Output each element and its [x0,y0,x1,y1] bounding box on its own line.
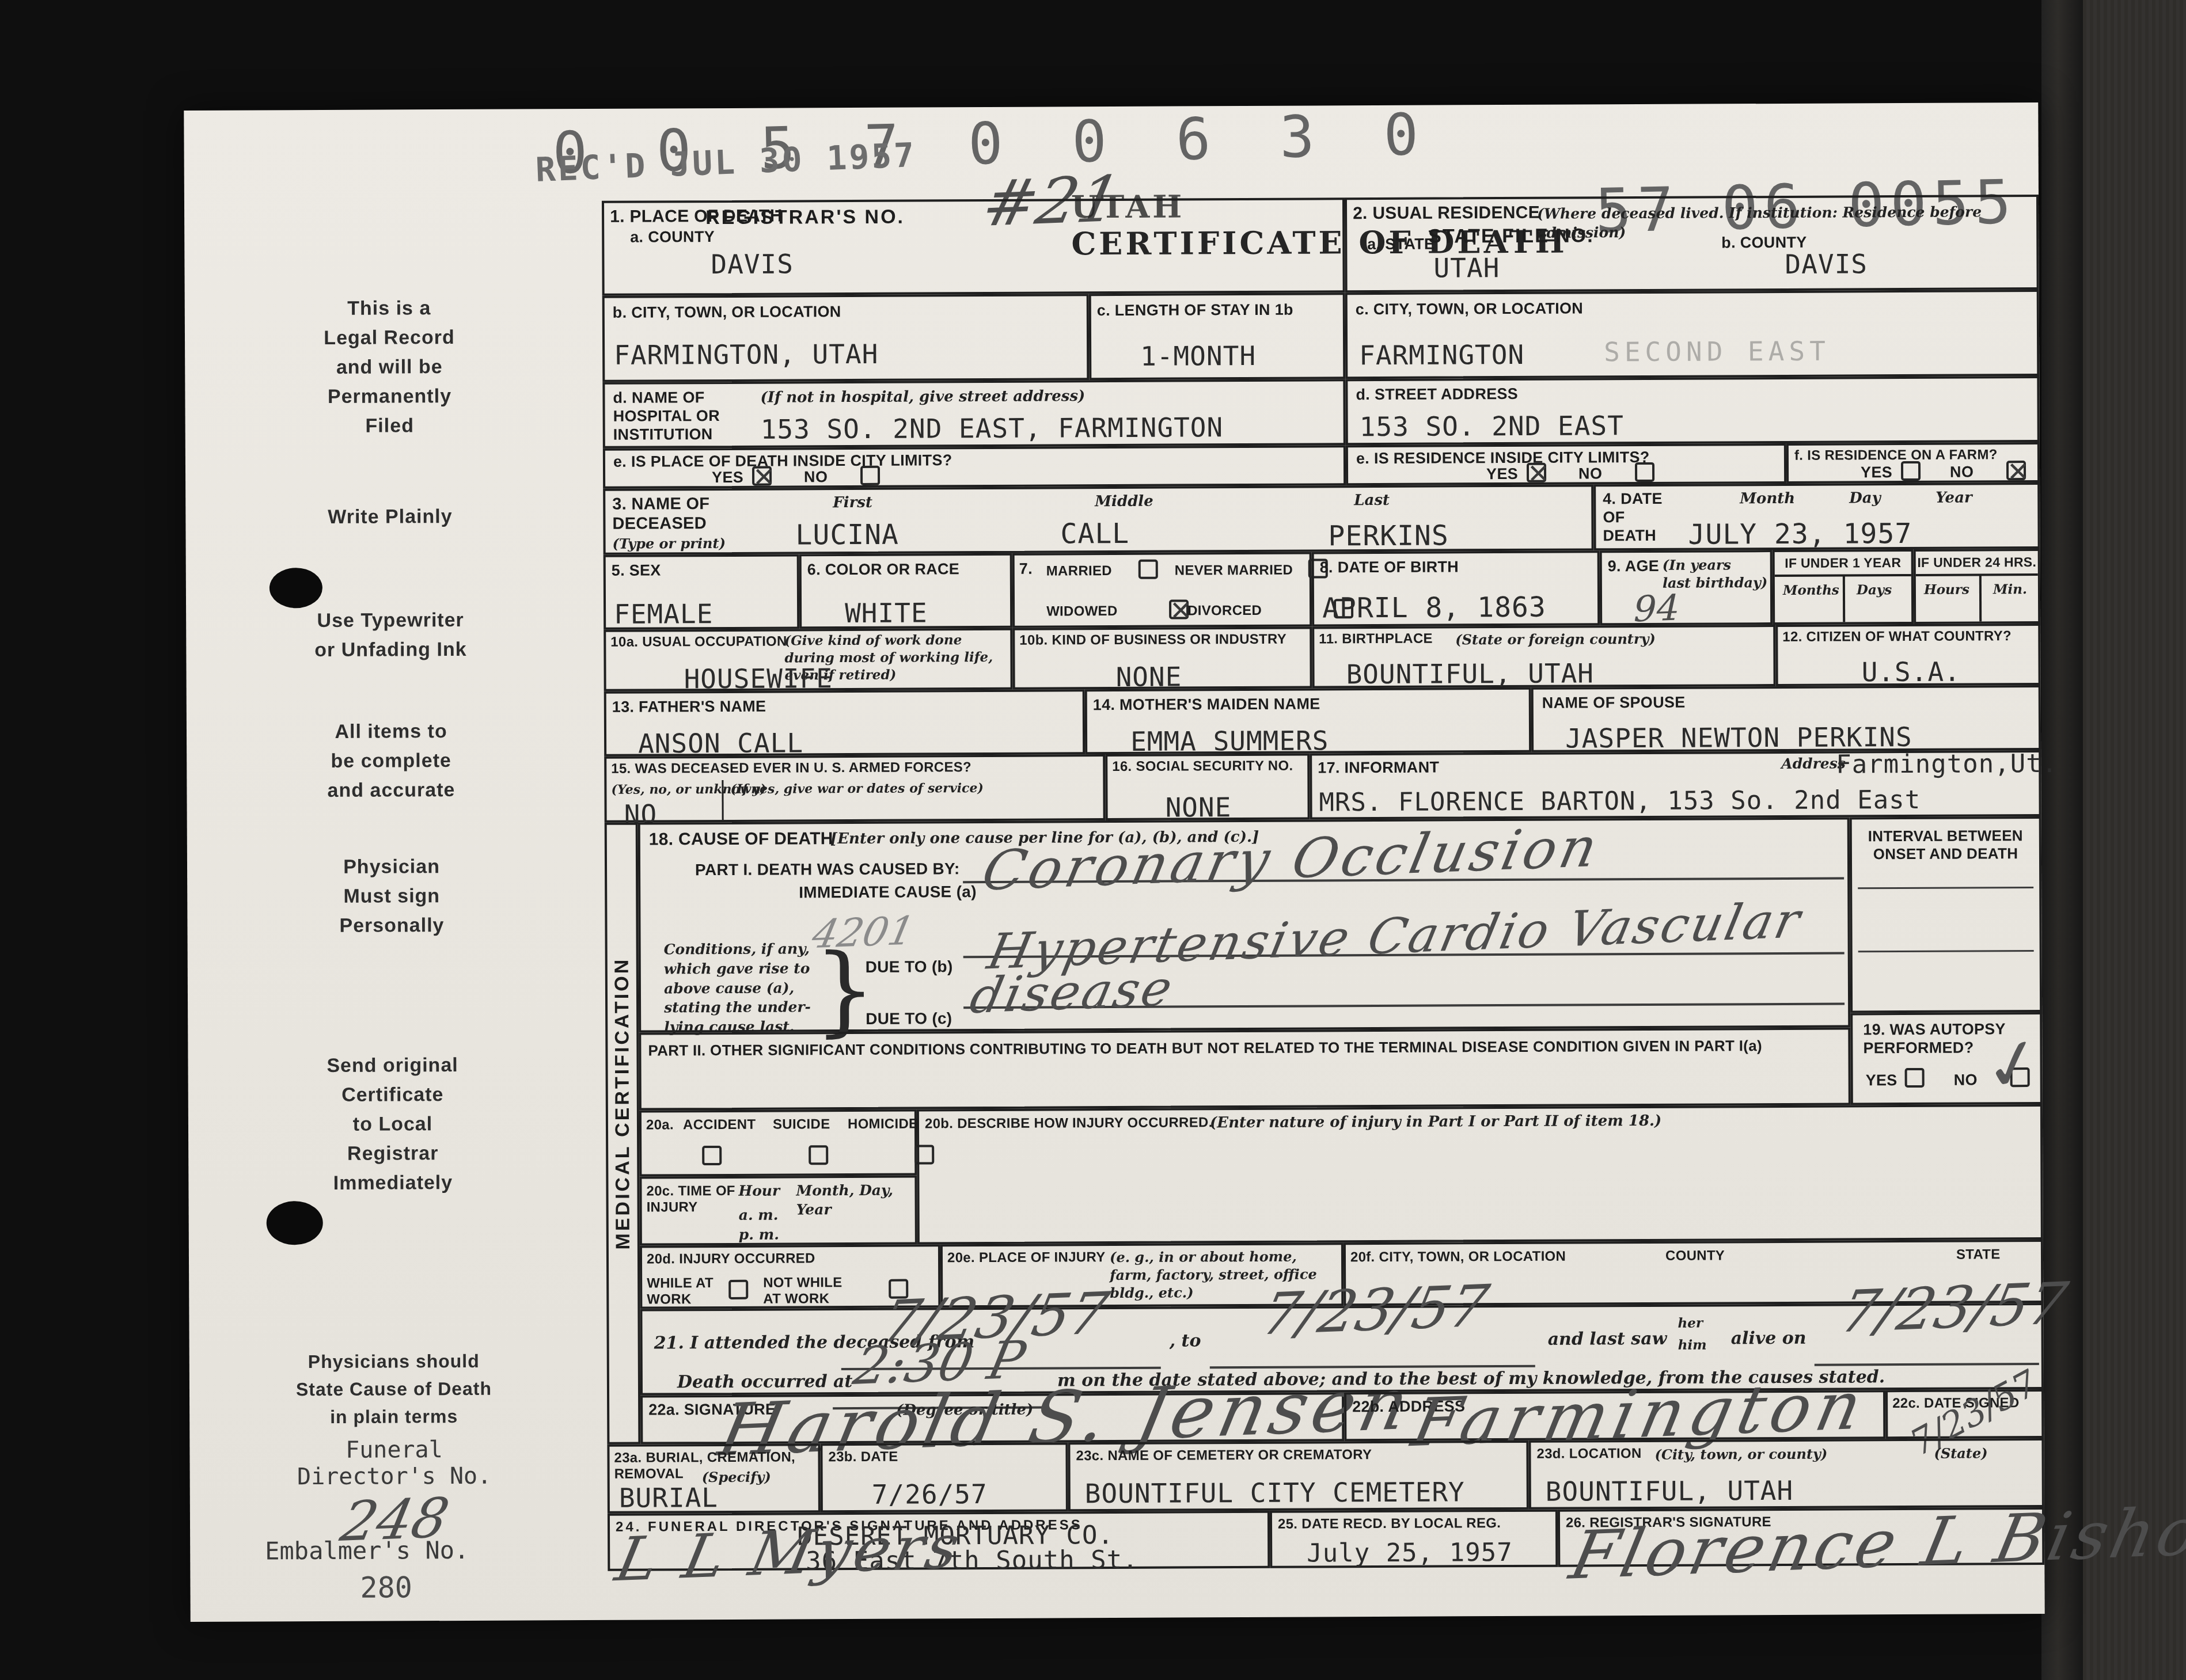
field-label: 20c. TIME OF INJURY [646,1183,735,1216]
middle-label: Middle [1095,492,1153,512]
field-death-city: b. CITY, TOWN, OR LOCATION FARMINGTON, U… [602,294,1090,382]
field-label: d. STREET ADDRESS [1356,385,1518,404]
state-hint: (State) [1934,1444,1987,1462]
field-certifier-address: 22b. ADDRESS Farmington [1344,1390,1885,1441]
field-residence-farm: f. IS RESIDENCE ON A FARM? YES NO [1786,442,2040,484]
yes-checkbox [752,466,772,486]
month-day-year-label: Month, Day, Year [796,1181,914,1219]
field-label: f. IS RESIDENCE ON A FARM? [1794,447,1998,464]
embalmer-no-label: Embalmer's No. [265,1536,469,1565]
am-label: a. m. [739,1206,779,1225]
homicide-label: HOMICIDE [848,1116,919,1132]
field-sex: 5. SEX FEMALE [604,554,800,629]
funeral-director-signature: L L Myers [610,1511,969,1595]
hour-label: Hour [738,1182,780,1201]
no-label: NO [1950,463,1974,481]
field-date-of-death: 4. DATE OF DEATH Month Day Year JULY 23,… [1593,482,2040,550]
ssn-value: NONE [1165,792,1231,823]
county-label: COUNTY [1665,1248,1725,1264]
day-label: Day [1849,489,1881,508]
field-label: 5. SEX [612,561,661,580]
field-social-security: 16. SOCIAL SECURITY NO. NONE [1105,754,1310,821]
field-death-city-limits: e. IS PLACE OF DEATH INSIDE CITY LIMITS?… [603,445,1346,489]
war-hint: (If yes, give war or dates of service) [730,780,984,798]
field-registrar-signature: 26. REGISTRAR'S SIGNATURE Florence L Bis… [1558,1507,2044,1567]
field-length-of-stay: c. LENGTH OF STAY IN 1b 1-MONTH [1089,292,1346,380]
sex-value: FEMALE [614,598,713,630]
him-label: him [1678,1337,1707,1354]
field-label: 23c. NAME OF CEMETERY OR CREMATORY [1076,1447,1372,1465]
cause-c-value: disease [965,960,1179,1025]
margin-note-write-plainly: Write Plainly [217,501,563,533]
married-checkbox [1138,560,1158,579]
field-hint: (Enter nature of injury in Part I or Par… [1210,1112,1661,1133]
conditions-brace [814,933,876,1047]
field-marital-status: 7. MARRIED NEVER MARRIED WIDOWED DIVORCE… [1012,552,1312,628]
interval-line [1858,950,2034,952]
min-label: Min. [1993,581,2027,598]
field-hospital: d. NAME OF HOSPITAL OR INSTITUTION (If n… [602,379,1345,448]
medical-certification-band: MEDICAL CERTIFICATION [605,823,641,1445]
widowed-label: WIDOWED [1046,603,1118,620]
field-time-of-injury: 20c. TIME OF INJURY Hour a. m. p. m. Mon… [639,1176,917,1246]
age-value: 94 [1629,586,1684,630]
field-hint: (If not in hospital, give street address… [760,387,1085,408]
pm-label: p. m. [739,1226,779,1245]
stay-value: 1-MONTH [1140,340,1256,372]
field-father-name: 13. FATHER'S NAME ANSON CALL [604,689,1085,757]
field-burial-date: 23b. DATE 7/26/57 [820,1442,1068,1512]
divorced-label: DIVORCED [1187,603,1262,619]
accident-checkbox [702,1146,722,1165]
field-hint: (State or foreign country) [1455,630,1656,649]
field-business-industry: 10b. KIND OF BUSINESS OR INDUSTRY NONE [1012,626,1312,689]
margin-note-plain-terms: Physicians should State Cause of Death i… [204,1347,585,1431]
burial-date-value: 7/26/57 [872,1478,988,1510]
punch-hole [270,568,322,608]
field-label: 17. INFORMANT [1318,759,1439,778]
field-mother-maiden-name: 14. MOTHER'S MAIDEN NAME EMMA SUMMERS [1085,687,1531,754]
cemetery-location-value: BOUNTIFUL, UTAH [1546,1475,1794,1507]
birth-value: APRIL 8, 1863 [1322,591,1546,625]
accident-label: ACCIDENT [683,1117,756,1134]
while-at-work-checkbox [728,1280,748,1299]
street-value: 153 SO. 2ND EAST [1360,410,1624,442]
field-label: 20e. PLACE OF INJURY [947,1249,1106,1267]
field-age: 9. AGE (In years last birthday) 94 [1600,550,1773,625]
field-label: 2. USUAL RESIDENCE [1353,203,1540,224]
county-label: a. COUNTY [630,228,715,246]
no-label: NO [1954,1071,1978,1089]
field-autopsy: 19. WAS AUTOPSY PERFORMED? YES NO ✓ [1850,1012,2043,1105]
city-value: FARMINGTON [1359,339,1524,371]
embalmer-no-value: 280 [360,1571,412,1604]
city-overstamp: SECOND EAST [1604,336,1830,368]
scanner-spine [2041,0,2083,1680]
month-label: Month [1740,489,1795,509]
due-to-c-label: DUE TO (c) [866,1009,952,1028]
yes-checkbox [1527,463,1546,482]
no-checkbox [2006,461,2026,480]
yes-checkbox [1901,461,1921,481]
margin-note-legal-record: This is a Legal Record and will be Perma… [217,293,563,442]
field-label: 8. DATE OF BIRTH [1320,558,1459,577]
citizen-value: U.S.A. [1861,656,1960,688]
field-label: 23d. LOCATION [1536,1446,1641,1462]
autopsy-no-checkmark: ✓ [1976,1020,2050,1110]
widowed-checkbox [1169,599,1189,619]
column-divider [1843,576,1845,622]
field-label: 16. SOCIAL SECURITY NO. [1112,758,1293,776]
mother-value: EMMA SUMMERS [1130,725,1329,757]
field-citizen: 12. CITIZEN OF WHAT COUNTRY? U.S.A. [1775,624,2040,686]
interval-line [1858,887,2033,889]
field-label: 7. [1019,560,1033,579]
field-name-of-spouse: NAME OF SPOUSE JASPER NEWTON PERKINS [1531,685,2041,752]
to-label: , to [1170,1329,1201,1352]
yes-checkbox [1905,1068,1925,1088]
field-label: 4. DATE OF DEATH [1603,490,1663,545]
field-place-of-death: 1. PLACE OF DEATH a. COUNTY DAVIS [602,197,1345,296]
field-label: 10a. USUAL OCCUPATION [610,633,787,651]
field-label: NAME OF SPOUSE [1542,694,1686,713]
field-usual-occupation: 10a. USUAL OCCUPATION (Give kind of work… [604,628,1012,691]
industry-value: NONE [1115,661,1182,693]
spouse-value: JASPER NEWTON PERKINS [1565,721,1912,754]
field-residence-city-limits: e. IS RESIDENCE INSIDE CITY LIMITS? YES … [1346,443,1786,485]
state-label: STATE [1956,1246,2001,1263]
field-label: 12. CITIZEN OF WHAT COUNTRY? [1782,628,2012,645]
field-label: 13. FATHER'S NAME [612,698,766,717]
field-label: 25. DATE RECD. BY LOCAL REG. [1278,1515,1501,1533]
field-street-address: d. STREET ADDRESS 153 SO. 2ND EAST [1345,376,2039,445]
part1-label: PART I. DEATH WAS CAUSED BY: [695,859,960,879]
immediate-cause-label: IMMEDIATE CAUSE (a) [799,882,977,902]
occupation-value: HOUSEWIFE [684,663,832,694]
field-label: 20d. INJURY OCCURRED [647,1251,815,1268]
field-date-signed: 22c. DATE SIGNED 7/23/57 [1885,1389,2044,1439]
father-value: ANSON CALL [638,727,803,759]
hospital-value: 153 SO. 2ND EAST, FARMINGTON [761,412,1224,445]
field-label: 20b. DESCRIBE HOW INJURY OCCURRED. [925,1115,1213,1132]
due-to-b-label: DUE TO (b) [866,957,953,976]
first-label: First [833,493,872,513]
state-label: a. STATE [1367,235,1434,254]
field-age-under-24-hrs: IF UNDER 24 HRS. Hours Min. [1914,549,2041,624]
field-label: d. NAME OF HOSPITAL OR INSTITUTION [613,389,720,444]
field-label: 10b. KIND OF BUSINESS OR INDUSTRY [1019,632,1286,649]
informant-value: MRS. FLORENCE BARTON, 153 So. 2nd East [1319,785,1921,818]
alive-on-label: alive on [1731,1327,1807,1350]
punch-hole [267,1201,323,1245]
scanner-fabric-band [2083,0,2186,1680]
field-color-or-race: 6. COLOR OR RACE WHITE [799,553,1013,629]
margin-note-physician-sign: Physician Must sign Personally [219,852,565,941]
field-label: 9. AGE [1608,557,1659,576]
yes-label: YES [712,469,743,487]
race-value: WHITE [845,597,928,629]
no-checkbox [860,466,880,485]
no-checkbox [1635,462,1654,482]
field-label: 15. WAS DECEASED EVER IN U. S. ARMED FOR… [611,759,971,777]
type-hint: (Type or print) [613,534,726,553]
year-label: Year [1935,488,1972,508]
suicide-checkbox [809,1145,828,1165]
months-label: Months [1783,582,1839,599]
hours-label: Hours [1924,581,1969,599]
field-part2-conditions: PART II. OTHER SIGNIFICANT CONDITIONS CO… [639,1027,1851,1110]
field-date-received: 25. DATE RECD. BY LOCAL REG. July 25, 19… [1270,1510,1558,1568]
field-label: c. CITY, TOWN, OR LOCATION [1356,299,1583,319]
medical-certification-label: MEDICAL CERTIFICATION [611,957,635,1250]
field-interval-onset-death: INTERVAL BETWEEN ONSET AND DEATH [1850,816,2042,1013]
conditions-note: Conditions, if any, which gave rise to a… [664,939,811,1037]
married-label: MARRIED [1046,563,1112,580]
field-label: c. LENGTH OF STAY IN 1b [1097,301,1293,320]
to-value: 7/23/57 [1257,1272,1494,1348]
yes-label: YES [1866,1071,1897,1090]
cemetery-value: BOUNTIFUL CITY CEMETERY [1085,1476,1465,1509]
suicide-label: SUICIDE [773,1116,830,1133]
county-value: DAVIS [1785,248,1868,280]
margin-note-send-original: Send original Certificate to Local Regis… [219,1050,566,1199]
field-age-under-1-year: IF UNDER 1 YEAR Months Days [1773,549,1914,625]
date-received-value: July 25, 1957 [1307,1538,1513,1568]
margin-note-complete: All items to be complete and accurate [218,716,564,806]
field-label: 23b. DATE [828,1449,898,1466]
field-accident-suicide-homicide: 20a. ACCIDENT SUICIDE HOMICIDE [639,1109,917,1177]
yes-label: YES [1861,463,1892,482]
field-label: 20f. CITY, TOWN, OR LOCATION [1350,1249,1566,1266]
field-cemetery-name: 23c. NAME OF CEMETERY OR CREMATORY BOUNT… [1068,1440,1529,1511]
field-date-of-birth: 8. DATE OF BIRTH APRIL 8, 1863 [1312,550,1600,626]
last-value: PERKINS [1328,519,1449,552]
under-24-hrs-label: IF UNDER 24 HRS. [1916,554,2038,576]
field-funeral-director: 24. FUNERAL DIRECTOR'S SIGNATURE AND ADD… [608,1511,1270,1571]
field-label: 18. CAUSE OF DEATH [649,828,833,850]
field-name-of-deceased: 3. NAME OF DECEASED (Type or print) Firs… [603,484,1593,555]
burial-value: BURIAL [619,1482,718,1514]
never-married-label: NEVER MARRIED [1175,562,1293,579]
alive-value: 7/23/57 [1835,1269,2073,1345]
days-label: Days [1857,581,1892,599]
no-label: NO [1578,465,1602,483]
birthplace-value: BOUNTIFUL, UTAH [1346,657,1594,690]
last-saw-label: and last saw [1548,1328,1667,1351]
date-value: JULY 23, 1957 [1688,518,1912,551]
field-birthplace: 11. BIRTHPLACE (State or foreign country… [1312,625,1775,689]
field-cemetery-location: 23d. LOCATION (City, town, or county) (S… [1528,1438,2044,1510]
middle-value: CALL [1060,518,1129,550]
field-label: b. CITY, TOWN, OR LOCATION [613,303,841,322]
state-value: UTAH [1433,252,1500,284]
field-informant: 17. INFORMANT Address Farmington,Ut. MRS… [1310,750,2041,820]
her-label: her [1678,1315,1703,1332]
field-cause-of-death: 18. CAUSE OF DEATH [Enter only one cause… [638,817,1851,1032]
field-label: 1. PLACE OF DEATH [610,206,783,227]
funeral-director-no-label: Funeral Director's No. [256,1436,532,1490]
location-hint: (City, town, or county) [1654,1445,1827,1464]
field-label: 11. BIRTHPLACE [1319,631,1433,648]
yes-label: YES [1486,465,1518,484]
field-burial-type: 23a. BURIAL, CREMATION, REMOVAL (Specify… [607,1443,821,1514]
field-usual-residence: 2. USUAL RESIDENCE (Where deceased lived… [1345,195,2039,292]
part2-label: PART II. OTHER SIGNIFICANT CONDITIONS CO… [648,1037,1834,1060]
interval-label: INTERVAL BETWEEN ONSET AND DEATH [1852,827,2039,863]
field-armed-forces: 15. WAS DECEASED EVER IN U. S. ARMED FOR… [604,754,1105,823]
margin-note-typewriter: Use Typewriter or Unfading Ink [218,605,563,666]
column-divider [1979,575,1982,621]
field-describe-injury: 20b. DESCRIBE HOW INJURY OCCURRED. (Ente… [917,1104,2043,1245]
certificate-paper: This is a Legal Record and will be Perma… [184,102,2044,1622]
field-label: 6. COLOR OR RACE [807,560,959,579]
field-residence-city: c. CITY, TOWN, OR LOCATION FARMINGTON SE… [1345,290,2040,379]
under-1-year-label: IF UNDER 1 YEAR [1775,555,1911,577]
field-label: 20a. [646,1117,674,1134]
field-label: e. IS PLACE OF DEATH INSIDE CITY LIMITS? [613,451,952,471]
no-label: NO [804,468,828,486]
field-label: 14. MOTHER'S MAIDEN NAME [1093,695,1320,714]
informant-address-value: Farmington,Ut. [1836,749,2058,780]
field-certifier-signature: 22a. SIGNATURE (Degree or title) Harold … [640,1392,1344,1444]
city-value: FARMINGTON, UTAH [614,339,878,371]
county-value: DAVIS [711,248,794,280]
while-at-work-label: WHILE AT WORK [647,1275,714,1308]
last-label: Last [1354,491,1390,511]
field-label: 3. NAME OF DECEASED [612,494,709,534]
first-value: LUCINA [795,519,899,552]
not-while-at-work-label: NOT WHILE AT WORK [763,1275,842,1307]
